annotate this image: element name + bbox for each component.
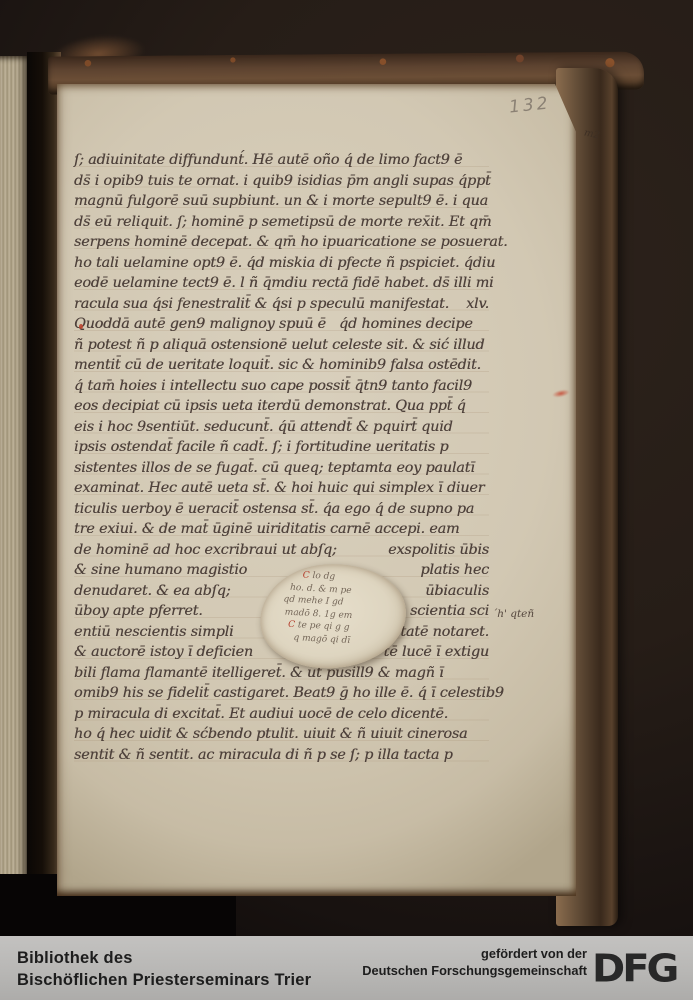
text-line-left: ho q́ hec uidit & sćbendo ptulit. uiuit …	[74, 724, 467, 745]
text-line-left: racula sua q́si fenestralit̄ & q́si p sp…	[74, 294, 449, 315]
text-line-right: scientia sci	[410, 601, 489, 622]
text-line-left: eis i hoc 9sentiūt. seducunt̄. q́ū atten…	[74, 417, 453, 438]
rubric-mark: C	[302, 570, 312, 580]
text-line: ñ potest ñ p aliquā ostensionē uelut cel…	[74, 335, 489, 356]
manuscript-text-block: ſ; adiuinitate diffundunt́. Hē autē oño …	[74, 150, 489, 765]
text-line-left: & sine humano magistio	[74, 560, 247, 581]
text-line-left: ūboy apte pferret.	[74, 601, 203, 622]
text-line: q́ tam̄ hoies i intellectu suo cape poss…	[74, 376, 489, 397]
text-line-left: sistentes illos de se fugat̄. cū queq; t…	[74, 458, 475, 479]
text-line-left: entiū nescientis simpli	[74, 622, 233, 643]
rubricated-initial: Q	[74, 316, 86, 332]
text-line-left: ds̄ i opib9 tuis te ornat. i quib9 isidi…	[74, 171, 491, 192]
marginal-note: ´h' qteñ	[492, 608, 534, 620]
text-line-left: serpens hominē decepat. & qm̄ ho ipuaric…	[74, 232, 508, 253]
text-line: racula sua q́si fenestralit̄ & q́si p sp…	[74, 294, 489, 315]
library-name-line1: Bibliothek des	[17, 947, 311, 969]
text-line-left: omib9 his se fidelit̄ castigaret. Beat9 …	[74, 683, 504, 704]
footer-banner: Bibliothek des Bischöflichen Priestersem…	[0, 936, 693, 1000]
text-line-left: eodē uelamine tect9 ē. l ñ q̄mdiu rectā …	[74, 273, 493, 294]
text-line: ds̄ i opib9 tuis te ornat. i quib9 isidi…	[74, 171, 489, 192]
text-line-left: mentit̄ cū de ueritate loquit̄. sic & ho…	[74, 355, 481, 376]
text-line-left: ſ; adiuinitate diffundunt́. Hē autē oño …	[74, 150, 462, 171]
funding-credit-line1: gefördert von der	[362, 945, 587, 962]
text-line: de hominē ad hoc excribraui ut abſq;exsp…	[74, 540, 489, 561]
text-line-right: exspolitis ūbis	[388, 540, 489, 561]
text-line: ipsis ostendat̄ facile ñ cadt̄. ſ; i for…	[74, 437, 489, 458]
text-line: bili flama flamantē itelligeret̄. & ut p…	[74, 663, 489, 684]
text-line: eodē uelamine tect9 ē. l ñ q̄mdiu rectā …	[74, 273, 489, 294]
book-page-stack-edge	[0, 56, 29, 886]
text-line-left: de hominē ad hoc excribraui ut abſq;	[74, 540, 337, 561]
text-line-right: xlv.	[466, 294, 489, 315]
text-line: mentit̄ cū de ueritate loquit̄. sic & ho…	[74, 355, 489, 376]
text-line: p miracula di excitat̄. Et audiui uocē d…	[74, 704, 489, 725]
text-line-left: q́ tam̄ hoies i intellectu suo cape poss…	[74, 376, 472, 397]
funding-credit: gefördert von der Deutschen Forschungsge…	[362, 945, 587, 979]
text-line-left: ho tali uelamine opt9 ē. q́d miskia di p…	[74, 253, 495, 274]
rubric-mark: C	[288, 620, 298, 630]
dfg-logo: DFG	[592, 947, 676, 991]
text-line: sistentes illos de se fugat̄. cū queq; t…	[74, 458, 489, 479]
funding-credit-line2: Deutschen Forschungsgemeinschaft	[362, 962, 587, 979]
text-line-left: p miracula di excitat̄. Et audiui uocē d…	[74, 704, 448, 725]
text-line: sentit & ñ sentit. ac miracula di ñ p se…	[74, 745, 489, 766]
text-line: ho q́ hec uidit & sćbendo ptulit. uiuit …	[74, 724, 489, 745]
text-line-left: tre exiui. & de mat̄ ūginē uiriditatis c…	[74, 519, 459, 540]
text-line-left: eos decipiat cū ipsis ueta iterdū demons…	[74, 396, 466, 417]
library-name-line2: Bischöflichen Priesterseminars Trier	[17, 969, 311, 991]
text-line-left: ñ potest ñ p aliquā ostensionē uelut cel…	[74, 335, 484, 356]
text-line-left: Quoddā autē gen9 malignoy spuū ē q́d hom…	[74, 314, 473, 335]
text-line: tre exiui. & de mat̄ ūginē uiriditatis c…	[74, 519, 489, 540]
text-line: ticulis uerboy ē ueracit̄ ostensa st̄. q…	[74, 499, 489, 520]
text-line: magnū fulgorē suū supbiunt. un & i morte…	[74, 191, 489, 212]
manuscript-page: 132 ſ; adiuinitate diffundunt́. Hē autē …	[57, 84, 576, 896]
book-gutter-shadow	[27, 52, 61, 892]
text-line: eos decipiat cū ipsis ueta iterdū demons…	[74, 396, 489, 417]
text-line-left: ipsis ostendat̄ facile ñ cadt̄. ſ; i for…	[74, 437, 448, 458]
text-line: eis i hoc 9sentiūt. seducunt̄. q́ū atten…	[74, 417, 489, 438]
text-line-left: ds̄ eū reliquit. ſ; hominē p semetipsū d…	[74, 212, 491, 233]
text-line-right: tatē notaret.	[400, 622, 489, 643]
text-line: ſ; adiuinitate diffundunt́. Hē autē oño …	[74, 150, 489, 171]
text-line-left: examinat. Hec autē ueta st̄. & hoi huic …	[74, 478, 484, 499]
text-line-left: & auctorē istoy ī deficien	[74, 642, 253, 663]
text-line-left: bili flama flamantē itelligeret̄. & ut p…	[74, 663, 443, 684]
patch-show-through-text: C lo dgho. d. & m peqd mehe I gdmadō 8. …	[257, 560, 407, 650]
text-line-left: sentit & ñ sentit. ac miracula di ñ p se…	[74, 745, 453, 766]
digitized-manuscript-photo: m2 132 ſ; adiuinitate diffundunt́. Hē au…	[0, 0, 693, 936]
library-name: Bibliothek des Bischöflichen Priestersem…	[17, 947, 311, 991]
text-line: Quoddā autē gen9 malignoy spuū ē q́d hom…	[74, 314, 489, 335]
text-line: serpens hominē decepat. & qm̄ ho ipuaric…	[74, 232, 489, 253]
text-line-right: platis hec	[420, 560, 489, 581]
text-line: examinat. Hec autē ueta st̄. & hoi huic …	[74, 478, 489, 499]
text-line-left: denudaret. & ea abſq;	[74, 581, 230, 602]
text-line-left: ticulis uerboy ē ueracit̄ ostensa st̄. q…	[74, 499, 474, 520]
red-pigment-mark	[551, 388, 570, 399]
text-line: ds̄ eū reliquit. ſ; hominē p semetipsū d…	[74, 212, 489, 233]
text-line-right: ūbiaculis	[425, 581, 489, 602]
text-line: ho tali uelamine opt9 ē. q́d miskia di p…	[74, 253, 489, 274]
text-line-left: magnū fulgorē suū supbiunt. un & i morte…	[74, 191, 488, 212]
text-line: omib9 his se fidelit̄ castigaret. Beat9 …	[74, 683, 489, 704]
